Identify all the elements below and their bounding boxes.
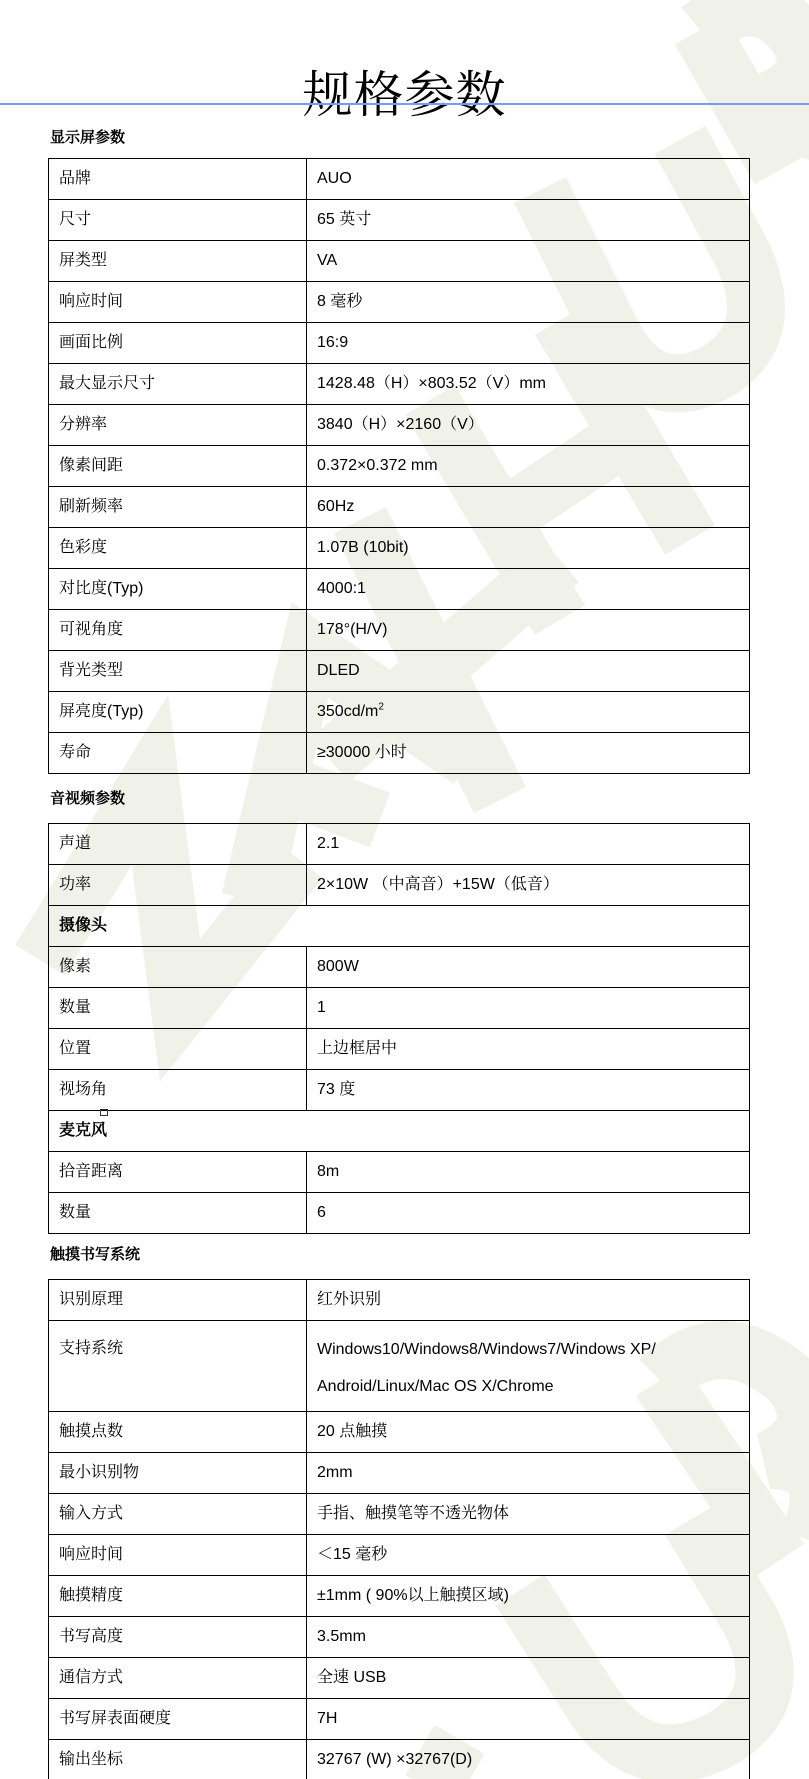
spec-value: 73 度 — [307, 1070, 750, 1111]
section-heading-display: 显示屏参数 — [50, 127, 125, 149]
table-row: 数量6 — [49, 1193, 750, 1234]
spec-value: 1.07B (10bit) — [307, 528, 750, 569]
spec-key: 像素 — [49, 947, 307, 988]
spec-key: 色彩度 — [49, 528, 307, 569]
section-heading-touch-system: 触摸书写系统 — [50, 1244, 140, 1266]
spec-value: 红外识别 — [307, 1280, 750, 1321]
spec-value: 350cd/m2 — [307, 692, 750, 733]
spec-value: ＜15 毫秒 — [307, 1535, 750, 1576]
spec-value: 全速 USB — [307, 1658, 750, 1699]
table-row: 画面比例16:9 — [49, 323, 750, 364]
spec-value: 6 — [307, 1193, 750, 1234]
spec-key: 可视角度 — [49, 610, 307, 651]
spec-value: 800W — [307, 947, 750, 988]
spec-key: 对比度(Typ) — [49, 569, 307, 610]
spec-value: 32767 (W) ×32767(D) — [307, 1740, 750, 1779]
audio-video-spec-table: 声道2.1 功率2×10W （中高音）+15W（低音） 摄像头 像素800W 数… — [48, 823, 750, 1234]
spec-key: 数量 — [49, 1193, 307, 1234]
table-row: 屏类型VA — [49, 241, 750, 282]
spec-value: 65 英寸 — [307, 200, 750, 241]
table-row: 屏亮度(Typ)350cd/m2 — [49, 692, 750, 733]
section-heading-audio-video: 音视频参数 — [50, 788, 125, 810]
table-row: 刷新频率60Hz — [49, 487, 750, 528]
spec-value: 4000:1 — [307, 569, 750, 610]
supported-os-line-2: Android/Linux/Mac OS X/Chrome — [317, 1368, 739, 1405]
table-row: 响应时间＜15 毫秒 — [49, 1535, 750, 1576]
supported-os-line-1: Windows10/Windows8/Windows7/Windows XP/ — [317, 1331, 739, 1368]
spec-key: 画面比例 — [49, 323, 307, 364]
spec-value: 8m — [307, 1152, 750, 1193]
render-artifact-glyph — [100, 1109, 108, 1116]
spec-key: 触摸点数 — [49, 1412, 307, 1453]
spec-key: 品牌 — [49, 159, 307, 200]
spec-key: 最小识别物 — [49, 1453, 307, 1494]
table-row: 可视角度178°(H/V) — [49, 610, 750, 651]
spec-value: 0.372×0.372 mm — [307, 446, 750, 487]
spec-key: 尺寸 — [49, 200, 307, 241]
spec-key: 功率 — [49, 865, 307, 906]
spec-key: 屏类型 — [49, 241, 307, 282]
spec-value: Windows10/Windows8/Windows7/Windows XP/ … — [307, 1321, 750, 1412]
spec-key: 背光类型 — [49, 651, 307, 692]
title-divider — [0, 103, 809, 105]
spec-key: 视场角 — [49, 1070, 307, 1111]
spec-value: 3840（H）×2160（V） — [307, 405, 750, 446]
spec-key: 刷新频率 — [49, 487, 307, 528]
page-title: 规格参数 — [0, 60, 809, 130]
spec-key: 触摸精度 — [49, 1576, 307, 1617]
subsection-row-microphone: 麦克风 — [49, 1111, 750, 1152]
spec-value: 178°(H/V) — [307, 610, 750, 651]
spec-value: 2mm — [307, 1453, 750, 1494]
table-row: 数量1 — [49, 988, 750, 1029]
table-row: 尺寸65 英寸 — [49, 200, 750, 241]
table-row: 像素间距0.372×0.372 mm — [49, 446, 750, 487]
table-row: 声道2.1 — [49, 824, 750, 865]
table-row: 输出坐标32767 (W) ×32767(D) — [49, 1740, 750, 1779]
table-row: 最大显示尺寸1428.48（H）×803.52（V）mm — [49, 364, 750, 405]
spec-value: VA — [307, 241, 750, 282]
spec-key: 响应时间 — [49, 282, 307, 323]
table-row: 支持系统 Windows10/Windows8/Windows7/Windows… — [49, 1321, 750, 1412]
spec-value: 7H — [307, 1699, 750, 1740]
subsection-heading-camera: 摄像头 — [49, 906, 750, 947]
table-row: 视场角73 度 — [49, 1070, 750, 1111]
spec-key: 数量 — [49, 988, 307, 1029]
spec-key: 支持系统 — [49, 1321, 307, 1412]
table-row: 最小识别物2mm — [49, 1453, 750, 1494]
brightness-value: 350cd/m — [317, 703, 378, 720]
spec-value: 1 — [307, 988, 750, 1029]
spec-key: 声道 — [49, 824, 307, 865]
spec-key: 寿命 — [49, 733, 307, 774]
table-row: 像素800W — [49, 947, 750, 988]
spec-value: 上边框居中 — [307, 1029, 750, 1070]
spec-key: 位置 — [49, 1029, 307, 1070]
touch-spec-table: 识别原理红外识别 支持系统 Windows10/Windows8/Windows… — [48, 1279, 750, 1779]
display-spec-table: 品牌AUO 尺寸65 英寸 屏类型VA 响应时间8 毫秒 画面比例16:9 最大… — [48, 158, 750, 774]
spec-key: 最大显示尺寸 — [49, 364, 307, 405]
spec-value: 1428.48（H）×803.52（V）mm — [307, 364, 750, 405]
spec-key: 书写高度 — [49, 1617, 307, 1658]
subsection-row-camera: 摄像头 — [49, 906, 750, 947]
spec-key: 拾音距离 — [49, 1152, 307, 1193]
spec-key: 识别原理 — [49, 1280, 307, 1321]
table-row: 背光类型DLED — [49, 651, 750, 692]
table-row: 触摸精度±1mm ( 90%以上触摸区域) — [49, 1576, 750, 1617]
table-row: 色彩度1.07B (10bit) — [49, 528, 750, 569]
table-row: 识别原理红外识别 — [49, 1280, 750, 1321]
table-row: 拾音距离8m — [49, 1152, 750, 1193]
subsection-heading-microphone: 麦克风 — [49, 1111, 750, 1152]
spec-value: 3.5mm — [307, 1617, 750, 1658]
table-row: 输入方式手指、触摸笔等不透光物体 — [49, 1494, 750, 1535]
table-row: 通信方式全速 USB — [49, 1658, 750, 1699]
table-row: 分辨率3840（H）×2160（V） — [49, 405, 750, 446]
spec-key: 像素间距 — [49, 446, 307, 487]
table-row: 触摸点数20 点触摸 — [49, 1412, 750, 1453]
spec-value: 8 毫秒 — [307, 282, 750, 323]
spec-value: 2×10W （中高音）+15W（低音） — [307, 865, 750, 906]
spec-value: 60Hz — [307, 487, 750, 528]
table-row: 书写屏表面硬度7H — [49, 1699, 750, 1740]
table-row: 对比度(Typ)4000:1 — [49, 569, 750, 610]
spec-value: DLED — [307, 651, 750, 692]
table-row: 品牌AUO — [49, 159, 750, 200]
spec-key: 输入方式 — [49, 1494, 307, 1535]
spec-key: 输出坐标 — [49, 1740, 307, 1779]
spec-value: 2.1 — [307, 824, 750, 865]
spec-value: 手指、触摸笔等不透光物体 — [307, 1494, 750, 1535]
spec-value: 20 点触摸 — [307, 1412, 750, 1453]
spec-key: 通信方式 — [49, 1658, 307, 1699]
spec-key: 分辨率 — [49, 405, 307, 446]
table-row: 响应时间8 毫秒 — [49, 282, 750, 323]
spec-value: ±1mm ( 90%以上触摸区域) — [307, 1576, 750, 1617]
unit-superscript: 2 — [378, 702, 384, 713]
spec-value: AUO — [307, 159, 750, 200]
spec-value: 16:9 — [307, 323, 750, 364]
spec-key: 屏亮度(Typ) — [49, 692, 307, 733]
table-row: 位置上边框居中 — [49, 1029, 750, 1070]
table-row: 书写高度3.5mm — [49, 1617, 750, 1658]
table-row: 寿命≥30000 小时 — [49, 733, 750, 774]
spec-key: 书写屏表面硬度 — [49, 1699, 307, 1740]
table-row: 功率2×10W （中高音）+15W（低音） — [49, 865, 750, 906]
spec-value: ≥30000 小时 — [307, 733, 750, 774]
spec-key: 响应时间 — [49, 1535, 307, 1576]
